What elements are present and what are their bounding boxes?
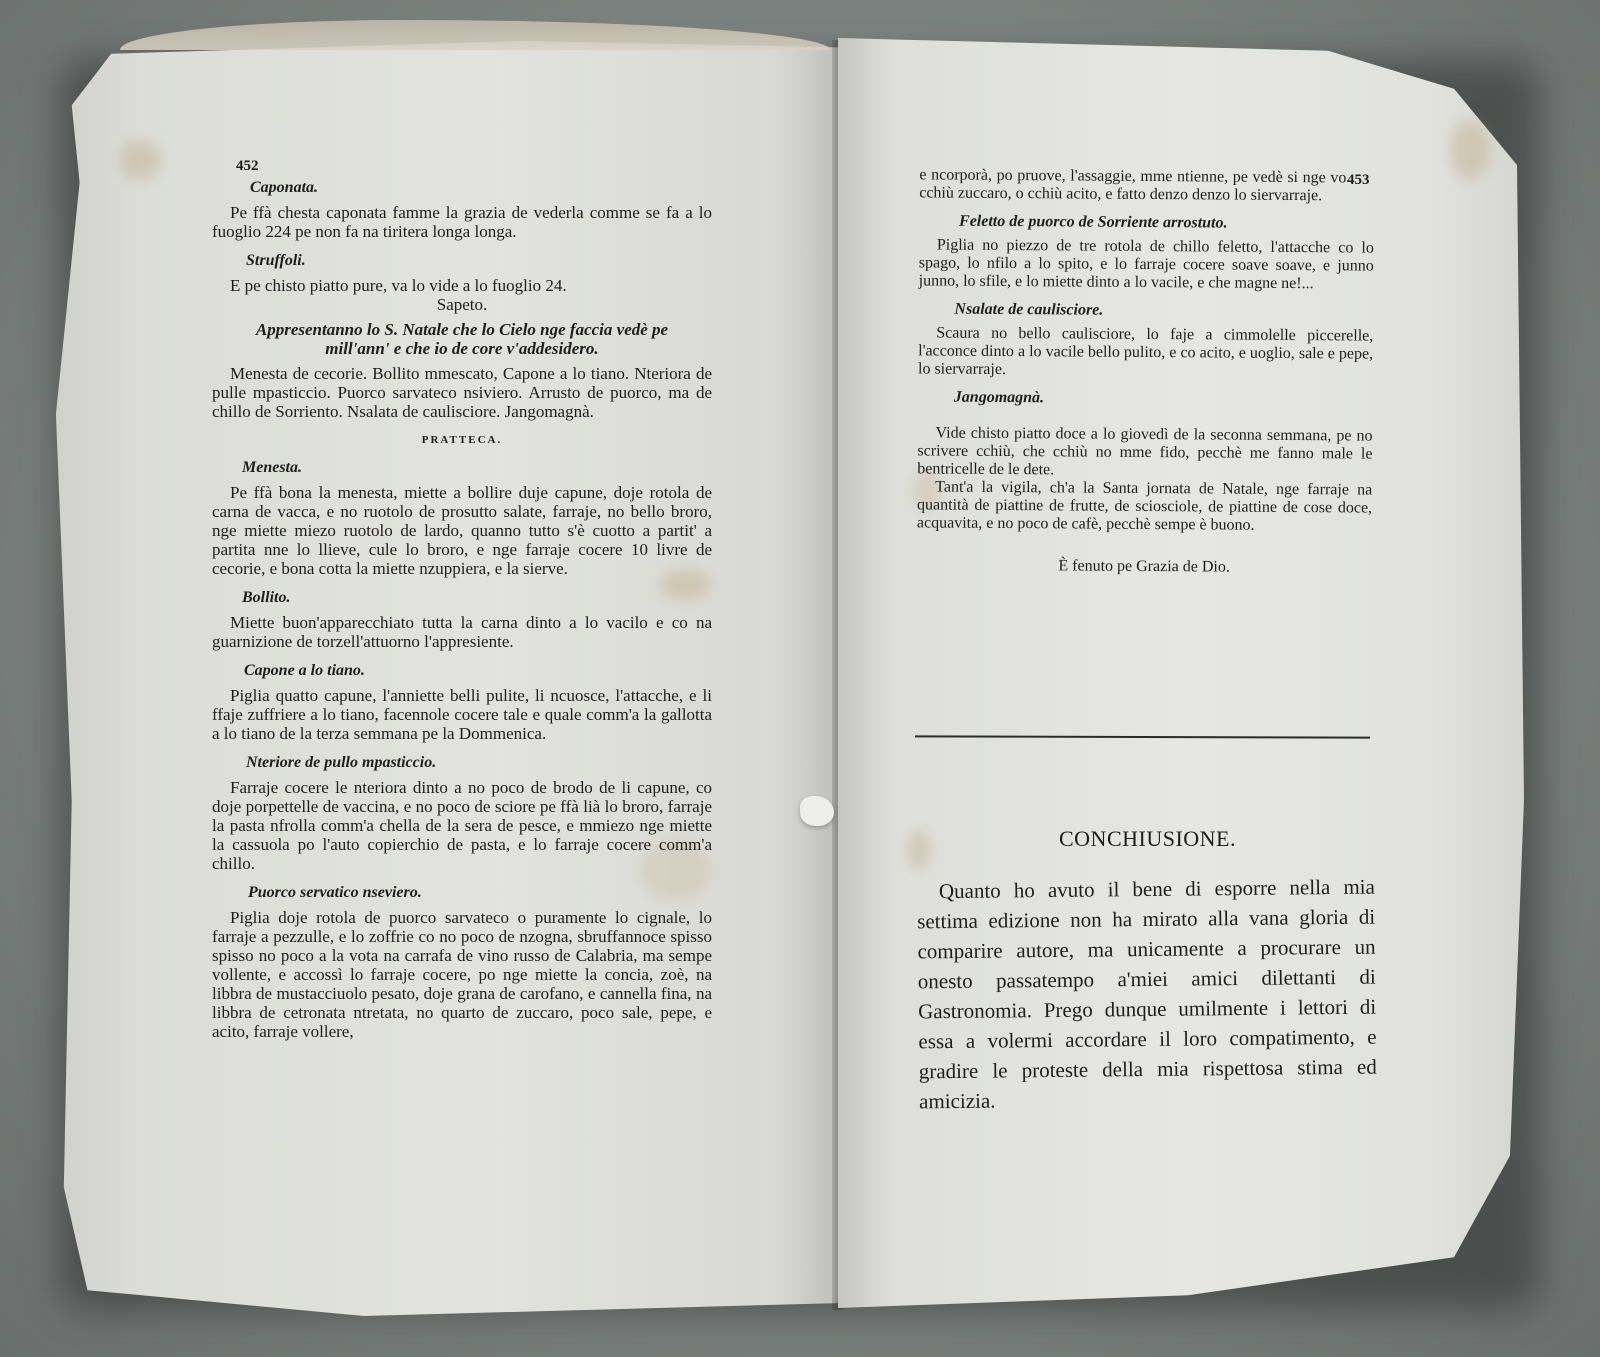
finis-line: È fenuto pe Grazia de Dio. <box>917 556 1372 577</box>
recipe-heading: Nteriore de pullo mpasticcio. <box>246 753 712 772</box>
open-book: 452 Caponata. Pe ffà chesta caponata fam… <box>0 0 1600 1357</box>
right-page-text: e ncorporà, po pruove, l'assaggie, mme n… <box>917 166 1375 583</box>
recipe-paragraph: Piglia doje rotola de puorco sarvateco o… <box>212 908 712 1041</box>
recipe-heading: Bollito. <box>242 588 712 607</box>
torn-paper-fragment <box>800 796 834 826</box>
recipe-paragraph: Scaura no bello caulisciore, lo faje a c… <box>918 324 1373 381</box>
recipe-paragraph: Vide chisto piatto doce a lo giovedì de … <box>917 424 1372 481</box>
conclusion-title: CONCHIUSIONE. <box>920 826 1375 852</box>
left-page-text: Caponata. Pe ffà chesta caponata famme l… <box>212 178 712 1051</box>
recipe-heading: Capone a lo tiano. <box>244 661 712 680</box>
conclusion-paragraph: Quanto ho avuto il bene di esporre nella… <box>917 872 1377 1117</box>
menu-subtitle: Appresentanno lo S. Natale che lo Cielo … <box>212 320 712 358</box>
page-number-left: 452 <box>236 158 259 175</box>
recipe-paragraph: Pe ffà bona la menesta, miette a bollire… <box>212 483 712 578</box>
recipe-paragraph: Piglia no piezzo de tre rotola de chillo… <box>919 236 1374 293</box>
recipe-heading: Struffoli. <box>246 251 712 270</box>
closing-paragraph: Tant'a la vigila, ch'a la Santa jornata … <box>917 478 1372 535</box>
menu-title: Sapeto. <box>212 295 712 314</box>
recipe-paragraph: E pe chisto piatto pure, va lo vide a lo… <box>212 276 712 295</box>
recipe-paragraph: Piglia quatto capune, l'anniette belli p… <box>212 686 712 743</box>
recipe-heading: Jangomagnà. <box>954 389 1373 410</box>
continuation-paragraph: e ncorporà, po pruove, l'assaggie, mme n… <box>919 166 1374 205</box>
recipe-heading: Puorco servatico nseviero. <box>248 883 712 902</box>
recipe-paragraph: Miette buon'apparecchiato tutta la carna… <box>212 613 712 651</box>
foxing-stain <box>1450 120 1490 180</box>
worn-top-edge <box>120 20 830 50</box>
menu-list: Menesta de cecorie. Bollito mmescato, Ca… <box>212 364 712 421</box>
recipe-heading: Feletto de puorco de Sorriente arrostuto… <box>959 213 1374 234</box>
foxing-stain <box>120 140 160 180</box>
recipe-paragraph: Farraje cocere le nteriora dinto a no po… <box>212 778 712 873</box>
recipe-heading: Caponata. <box>250 178 712 197</box>
recipe-heading: Menesta. <box>242 458 712 477</box>
recipe-paragraph: Pe ffà chesta caponata famme la grazia d… <box>212 203 712 241</box>
practice-heading: PRATTECA. <box>212 431 712 450</box>
recipe-heading: Nsalate de caulisciore. <box>954 301 1373 322</box>
